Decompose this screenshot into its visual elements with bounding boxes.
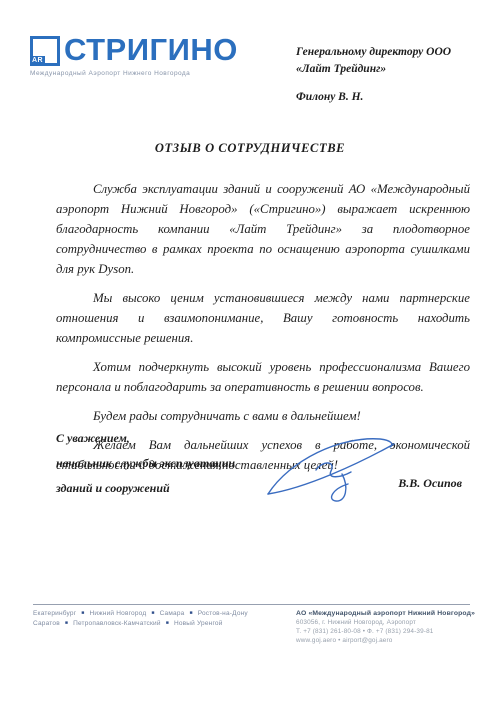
footer-city: Самара [160, 610, 185, 617]
footer-city: Екатеринбург [33, 610, 76, 617]
footer-contacts: АО «Международный аэропорт Нижний Новгор… [296, 609, 475, 645]
closing-line-2: начальник службы эксплуатации [56, 451, 235, 476]
footer-cities-line-2: Саратов■Петропавловск-Камчатский■Новый У… [33, 619, 248, 629]
footer-cities: Екатеринбург■Нижний Новгород■Самара■Рост… [33, 609, 248, 628]
paragraph-4: Будем рады сотрудничать с вами в дальней… [56, 406, 470, 426]
airport-square-icon: AR [30, 36, 60, 66]
square-bullet-icon: ■ [190, 610, 193, 616]
footer-city: Ростов-на-Дону [198, 610, 248, 617]
brand-tagline: Международный Аэропорт Нижнего Новгорода [30, 70, 190, 77]
letter-page: AR СТРИГИНО Международный Аэропорт Нижне… [0, 0, 500, 707]
footer-city: Нижний Новгород [90, 610, 147, 617]
square-bullet-icon: ■ [151, 610, 154, 616]
letter-title: ОТЗЫВ О СОТРУДНИЧЕСТВЕ [0, 141, 500, 156]
paragraph-2: Мы высоко ценим установившиеся между нам… [56, 288, 470, 348]
ar-logo-icon: AR [30, 56, 45, 66]
closing-line-3: зданий и сооружений [56, 476, 235, 501]
handwritten-signature [262, 430, 404, 510]
company-logo: AR СТРИГИНО [30, 33, 238, 67]
footer-company-name: АО «Международный аэропорт Нижний Новгор… [296, 609, 475, 618]
recipient-line-1: Генеральному директору ООО [296, 44, 481, 61]
footer-city: Петропавловск-Камчатский [73, 620, 161, 627]
square-bullet-icon: ■ [81, 610, 84, 616]
recipient-block: Генеральному директору ООО «Лайт Трейдин… [296, 44, 481, 106]
paragraph-3: Хотим подчеркнуть высокий уровень профес… [56, 357, 470, 397]
footer-cities-line-1: Екатеринбург■Нижний Новгород■Самара■Рост… [33, 609, 248, 619]
footer-city: Новый Уренгой [174, 620, 223, 627]
footer-web-email: www.goj.aero • airport@goj.aero [296, 636, 475, 645]
square-bullet-icon: ■ [65, 620, 68, 626]
footer-phones: Т. +7 (831) 261-80-08 • Ф. +7 (831) 294-… [296, 627, 475, 636]
square-bullet-icon: ■ [166, 620, 169, 626]
recipient-line-2: «Лайт Трейдинг» [296, 61, 481, 78]
brand-name: СТРИГИНО [64, 33, 238, 67]
closing-block: С уважением, начальник службы эксплуатац… [56, 426, 235, 501]
signer-name: В.В. Осипов [398, 476, 462, 491]
footer-city: Саратов [33, 620, 60, 627]
recipient-name: Филону В. Н. [296, 89, 481, 106]
footer-divider [33, 604, 470, 605]
footer-address: 603056, г. Нижний Новгород, Аэропорт [296, 618, 475, 627]
closing-line-1: С уважением, [56, 426, 235, 451]
paragraph-1: Служба эксплуатации зданий и сооружений … [56, 179, 470, 279]
